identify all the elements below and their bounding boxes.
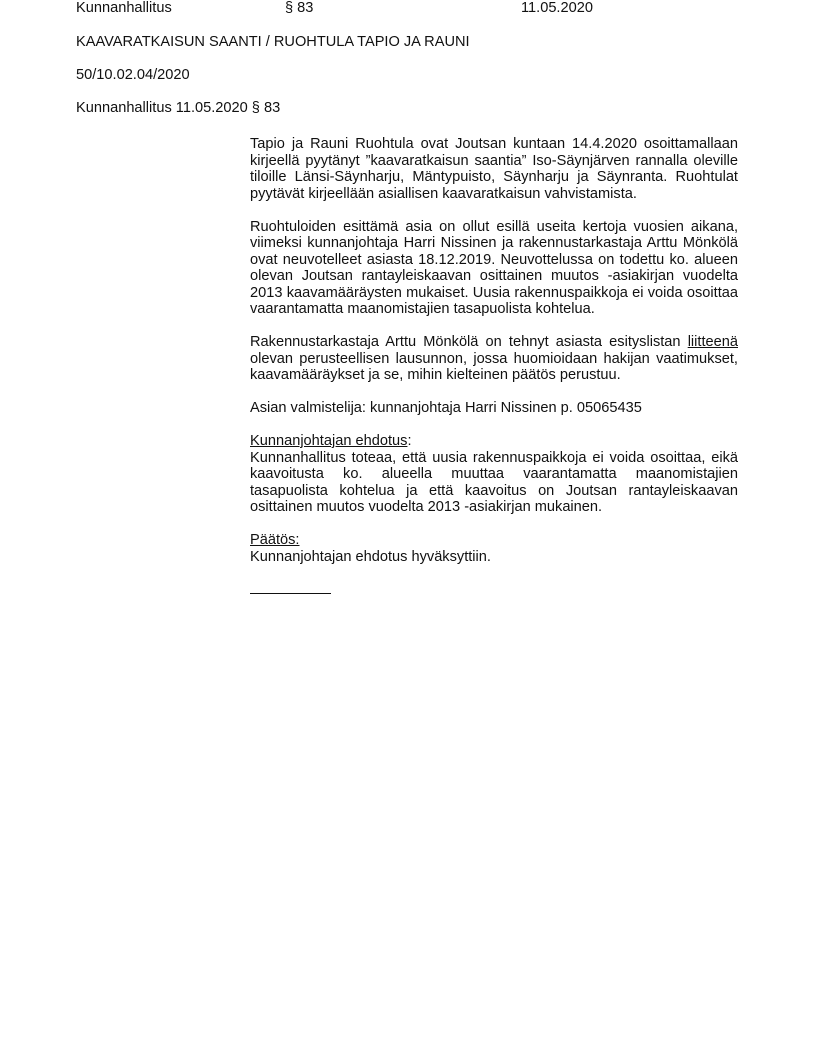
paragraph-background: Ruohtuloiden esittämä asia on ollut esil… [250,219,738,318]
header-body-name: Kunnanhallitus [76,0,172,17]
paragraph-statement: Rakennustarkastaja Arttu Mönkölä on tehn… [250,334,738,384]
signature-line [250,582,738,599]
statement-text-before: Rakennustarkastaja Arttu Mönkölä on tehn… [250,334,688,350]
preparer-line: Asian valmistelija: kunnanjohtaja Harri … [250,400,738,417]
proposal-section: Kunnanjohtajan ehdotus: Kunnanhallitus t… [250,433,738,516]
header-section: § 83 [285,0,313,17]
header-date: 11.05.2020 [521,0,593,17]
proposal-text: Kunnanhallitus toteaa, että uusia rakenn… [250,450,738,516]
document-body: Tapio ja Rauni Ruohtula ovat Joutsan kun… [250,136,738,598]
statement-text-after: olevan perusteellisen lausunnon, jossa h… [250,351,738,384]
document-title: KAAVARATKAISUN SAANTI / RUOHTULA TAPIO J… [76,34,470,51]
decision-text: Kunnanjohtajan ehdotus hyväksyttiin. [250,549,738,566]
record-number: 50/10.02.04/2020 [76,67,190,84]
decision-section: Päätös: Kunnanjohtajan ehdotus hyväksytt… [250,532,738,565]
meeting-reference: Kunnanhallitus 11.05.2020 § 83 [76,100,280,117]
decision-heading: Päätös: [250,532,300,549]
attachment-link[interactable]: liitteenä [688,334,738,350]
paragraph-request: Tapio ja Rauni Ruohtula ovat Joutsan kun… [250,136,738,202]
proposal-heading: Kunnanjohtajan ehdotus: [250,433,738,450]
